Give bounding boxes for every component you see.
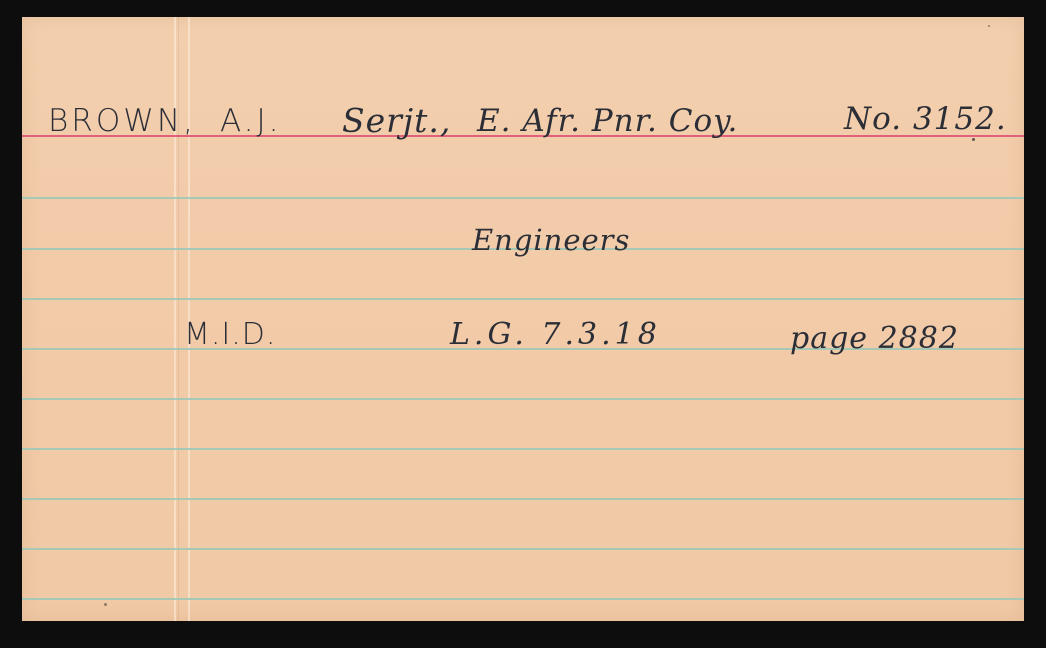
unit: E. Afr. Pnr. Coy.: [477, 103, 738, 139]
body-rule: [22, 197, 1024, 199]
body-rule: [22, 598, 1024, 600]
gazette-page: page 2882: [790, 321, 959, 356]
body-rule: [22, 298, 1024, 300]
surname: BROWN,: [48, 103, 196, 139]
paper-speck: [972, 138, 975, 141]
index-card: BROWN, A.J. Serjt., E. Afr. Pnr. Coy. No…: [22, 17, 1024, 621]
corps: Engineers: [472, 223, 630, 257]
body-rule: [22, 448, 1024, 450]
body-rule: [22, 398, 1024, 400]
paper-speck: [988, 25, 990, 27]
rank: Serjt.,: [342, 101, 451, 140]
initials: A.J.: [220, 103, 282, 139]
paper-speck: [104, 603, 107, 606]
service-number: No. 3152.: [844, 101, 1007, 137]
gazette-reference: L.G. 7.3.18: [450, 317, 661, 352]
body-rule: [22, 548, 1024, 550]
body-rule: [22, 498, 1024, 500]
award: M.I.D.: [184, 317, 276, 352]
